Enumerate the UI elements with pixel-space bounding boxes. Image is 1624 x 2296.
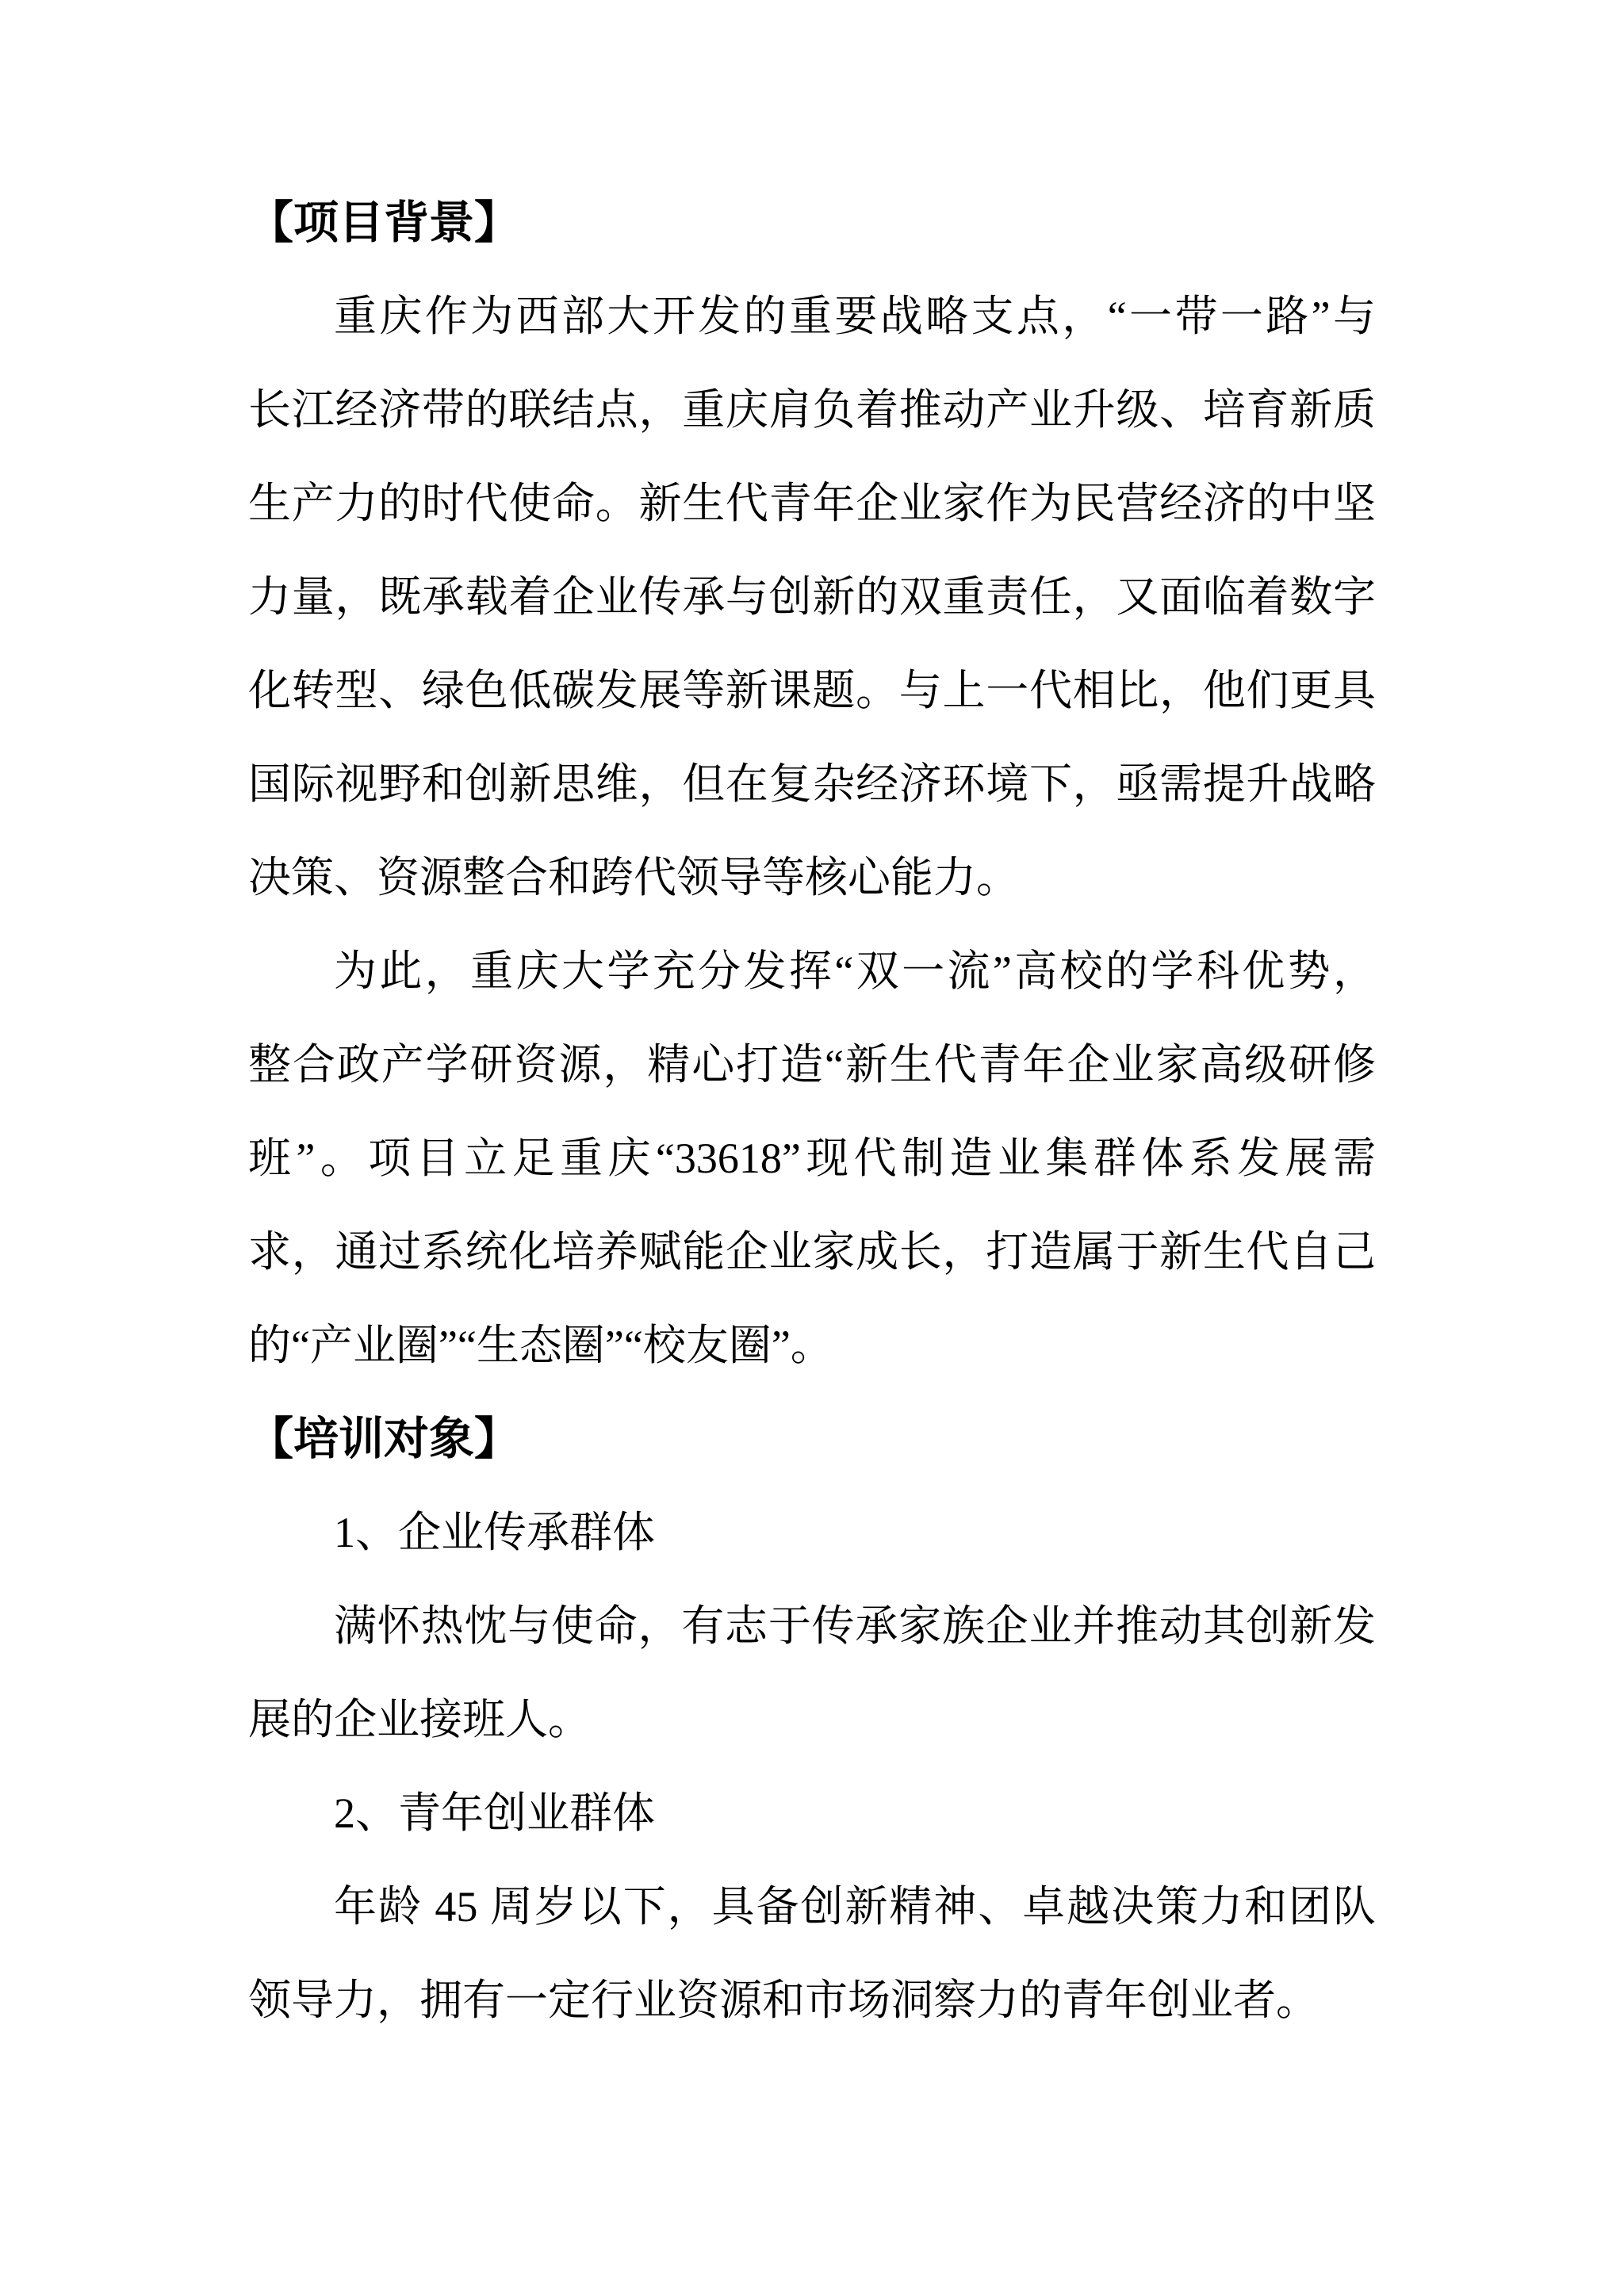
list-item-title: 1、企业传承群体: [248, 1486, 1376, 1579]
paragraph-line: 求，通过系统化培养赋能企业家成长，打造属于新生代自己: [248, 1205, 1376, 1299]
paragraph-line: 力量，既承载着企业传承与创新的双重责任，又面临着数字: [248, 550, 1376, 644]
paragraph-line: 的“产业圈”“生态圈”“校友圈”。: [248, 1299, 1376, 1392]
paragraph-line: 整合政产学研资源，精心打造“新生代青年企业家高级研修: [248, 1018, 1376, 1112]
paragraph-line: 生产力的时代使命。新生代青年企业家作为民营经济的中坚: [248, 457, 1376, 550]
document-page: 【项目背景】 重庆作为西部大开发的重要战略支点，“一带一路”与 长江经济带的联结…: [0, 0, 1624, 2296]
paragraph-line: 领导力，拥有一定行业资源和市场洞察力的青年创业者。: [248, 1954, 1376, 2047]
paragraph-line: 重庆作为西部大开发的重要战略支点，“一带一路”与: [248, 270, 1376, 363]
section-heading-training-targets: 【培训对象】: [248, 1392, 1376, 1486]
paragraph-line: 满怀热忱与使命，有志于传承家族企业并推动其创新发: [248, 1579, 1376, 1673]
paragraph-line: 决策、资源整合和跨代领导等核心能力。: [248, 831, 1376, 924]
section-heading-project-background: 【项目背景】: [248, 176, 1376, 270]
paragraph-line: 国际视野和创新思维，但在复杂经济环境下，亟需提升战略: [248, 737, 1376, 831]
paragraph-line: 为此，重庆大学充分发挥“双一流”高校的学科优势，: [248, 924, 1376, 1018]
paragraph-line: 化转型、绿色低碳发展等新课题。与上一代相比，他们更具: [248, 644, 1376, 737]
paragraph-line: 年龄 45 周岁以下，具备创新精神、卓越决策力和团队: [248, 1860, 1376, 1954]
paragraph-line: 长江经济带的联结点，重庆肩负着推动产业升级、培育新质: [248, 363, 1376, 457]
paragraph-line: 展的企业接班人。: [248, 1673, 1376, 1766]
list-item-title: 2、青年创业群体: [248, 1766, 1376, 1860]
paragraph-line: 班”。项目立足重庆“33618”现代制造业集群体系发展需: [248, 1112, 1376, 1205]
